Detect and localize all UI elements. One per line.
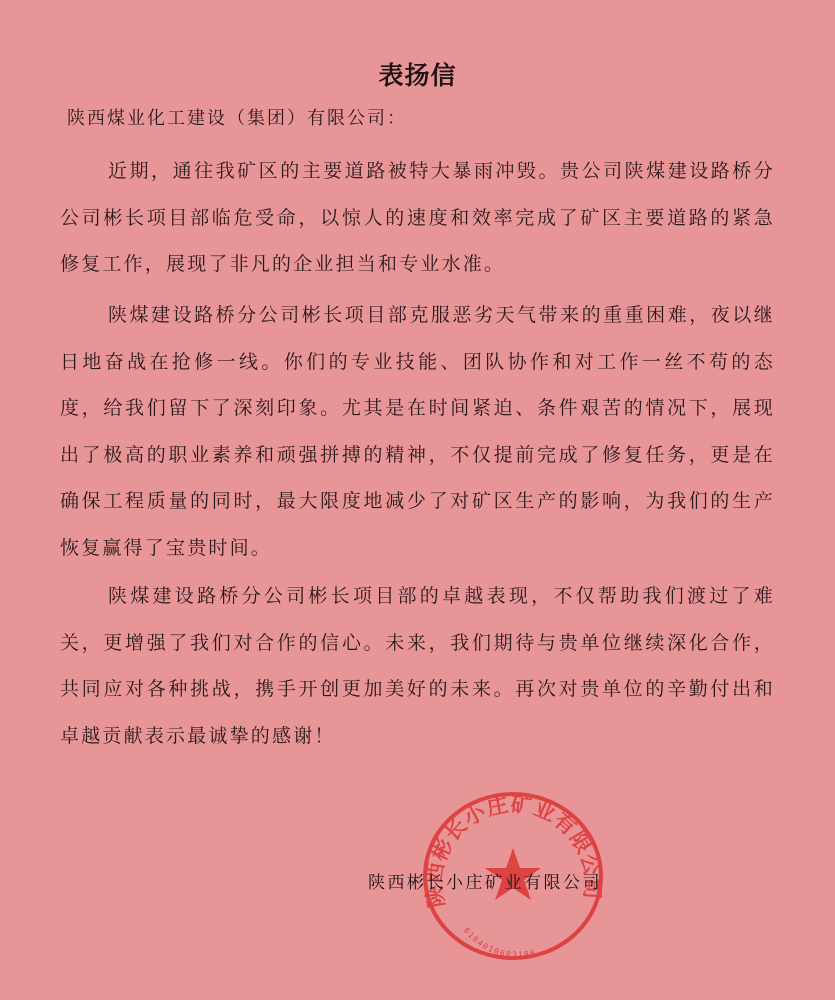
paragraph-text: 陕煤建设路桥分公司彬长项目部的卓越表现，不仅帮助我们渡过了难关，更增强了我们对合… — [60, 573, 775, 759]
signature: 陕西彬长小庄矿业有限公司 — [368, 868, 602, 893]
letter-page: 表扬信 陕西煤业化工建设（集团）有限公司： 近期，通往我矿区的主要道路被特大暴雨… — [0, 0, 835, 1000]
salutation: 陕西煤业化工建设（集团）有限公司： — [67, 104, 407, 130]
paragraph-3: 陕煤建设路桥分公司彬长项目部的卓越表现，不仅帮助我们渡过了难关，更增强了我们对合… — [60, 573, 775, 759]
paragraph-text: 近期，通往我矿区的主要道路被特大暴雨冲毁。贵公司陕煤建设路桥分公司彬长项目部临危… — [60, 148, 775, 288]
paragraph-1: 近期，通往我矿区的主要道路被特大暴雨冲毁。贵公司陕煤建设路桥分公司彬长项目部临危… — [60, 148, 775, 288]
paragraph-text: 陕煤建设路桥分公司彬长项目部克服恶劣天气带来的重重困难，夜以继日地奋战在抢修一线… — [60, 292, 775, 571]
letter-title: 表扬信 — [0, 56, 835, 92]
seal-code: 6104010683196 — [462, 926, 538, 959]
paragraph-2: 陕煤建设路桥分公司彬长项目部克服恶劣天气带来的重重困难，夜以继日地奋战在抢修一线… — [60, 292, 775, 571]
svg-text:6104010683196: 6104010683196 — [462, 926, 538, 959]
